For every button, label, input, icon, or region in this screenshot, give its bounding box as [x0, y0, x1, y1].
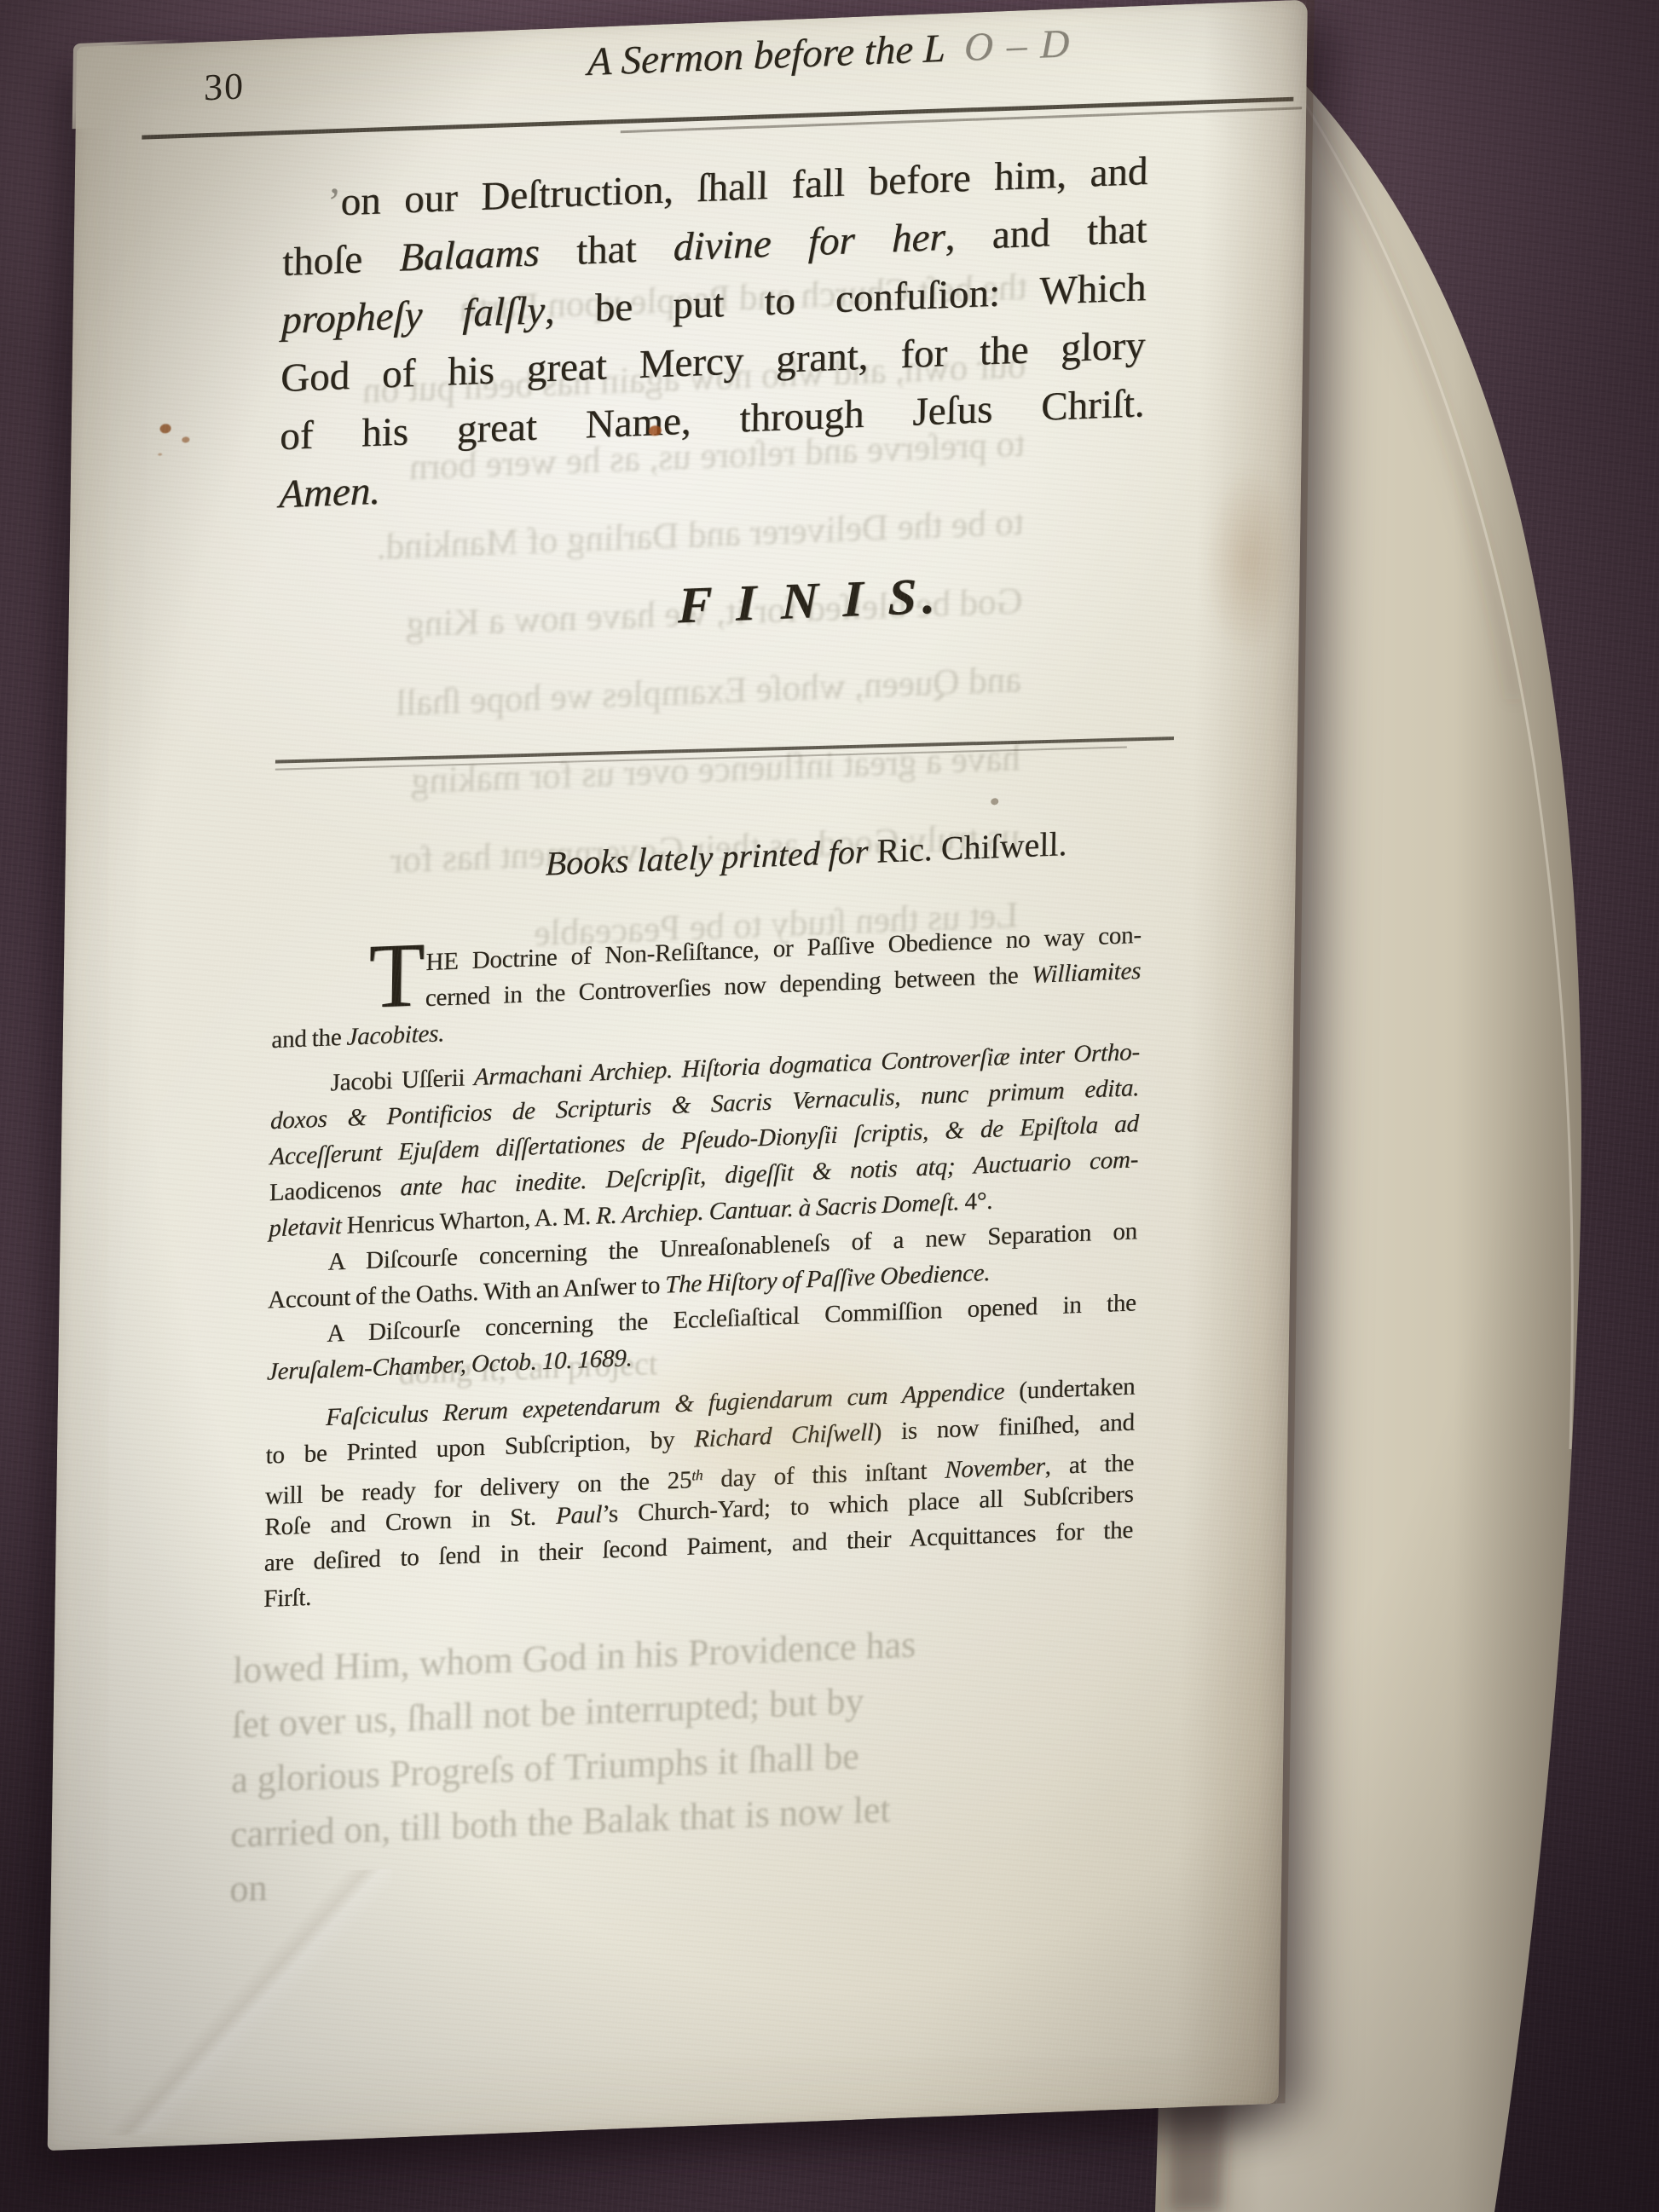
book-item: Faſciculus Rerum expetendarum & fugienda…: [263, 1368, 1136, 1616]
bleedthrough-line: on: [229, 1836, 1039, 1911]
books-heading: Books lately printed for Ric. Chiſwell.: [321, 815, 1292, 892]
rust-stain: [160, 424, 171, 434]
running-title-fragment: O–D: [964, 21, 1084, 70]
book-page: the beſt Church and People upon Earth ou…: [48, 0, 1308, 2151]
photo-of-book-page: the beſt Church and People upon Earth ou…: [0, 0, 1659, 2212]
bleedthrough-line: carried on, till both the Balak that is …: [230, 1782, 1040, 1857]
page-number: 30: [204, 64, 246, 109]
corner-curl: [72, 38, 201, 129]
ink-speck: [991, 798, 998, 805]
bleedthrough-line: ſet over us, ſhall not be interrupted; b…: [232, 1672, 1042, 1747]
running-title-text: A Sermon before the L: [587, 26, 946, 84]
bleedthrough-line: and Queen, whoſe Examples we hope ſhall: [297, 659, 1021, 729]
header-rule: [142, 97, 1293, 140]
fold-crease: [99, 1868, 392, 2135]
finis-text: F I N I S.: [324, 553, 1296, 650]
sermon-closing-paragraph: ’on our Deſtruction, ſhall fall before h…: [279, 142, 1148, 523]
book-item: Jacobi Uſſerii Armachani Archiep. Hiſtor…: [269, 1034, 1140, 1246]
bleedthrough-line: lowed Him, whom God in his Providence ha…: [233, 1618, 1043, 1693]
bleedthrough-line: a glorious Progreſs of Triumphs it ſhall…: [231, 1727, 1041, 1802]
book-list: HE Doctrine of Non-Reſiſtance, or Paſſiv…: [263, 917, 1142, 1617]
running-title: A Sermon before the LO–D: [587, 20, 1084, 85]
bleedthrough-line: have a great influence over us for makin…: [296, 737, 1020, 807]
